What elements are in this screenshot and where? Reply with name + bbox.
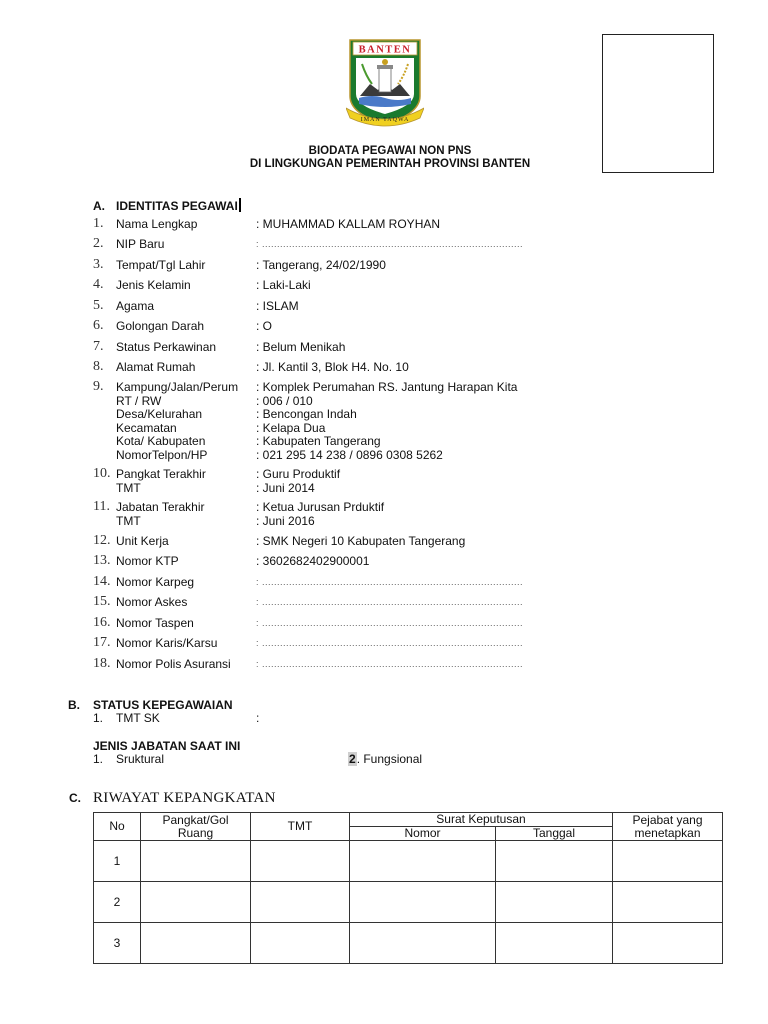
row-labels: Nomor Taspen <box>116 617 194 631</box>
option2-number-highlighted: 2 <box>348 752 357 766</box>
header-surat-keputusan: Surat Keputusan <box>350 813 613 827</box>
field-value[interactable]: : SMK Negeri 10 Kabupaten Tangerang <box>256 535 465 549</box>
row-values: : ......................................… <box>256 596 523 610</box>
option1-number: 1. <box>93 752 116 766</box>
row-labels: Alamat Rumah <box>116 361 195 375</box>
cell-pangkat[interactable] <box>141 882 251 923</box>
field-value[interactable]: : ......................................… <box>256 658 523 672</box>
field-label: Kecamatan <box>116 422 238 436</box>
svg-text:BANTEN: BANTEN <box>359 45 412 56</box>
row-number: 5. <box>93 299 118 313</box>
field-value[interactable]: : ......................................… <box>256 238 523 252</box>
row-values: : ......................................… <box>256 238 523 252</box>
cell-no: 2 <box>94 882 141 923</box>
field-value[interactable]: : O <box>256 320 272 334</box>
field-label: Desa/Kelurahan <box>116 408 238 422</box>
field-label: Nomor Karpeg <box>116 576 194 590</box>
field-value[interactable]: : Komplek Perumahan RS. Jantung Harapan … <box>256 381 517 395</box>
cell-no: 3 <box>94 923 141 964</box>
row-labels: Pangkat TerakhirTMT <box>116 468 206 495</box>
field-label: Jabatan Terakhir <box>116 501 205 515</box>
field-value[interactable]: : Tangerang, 24/02/1990 <box>256 259 386 273</box>
table-row: 3 <box>94 923 723 964</box>
row-values: : ......................................… <box>256 576 523 590</box>
section-b-letter: B. <box>68 698 93 712</box>
row-number: 9. <box>93 380 118 394</box>
header-pejabat: Pejabat yang menetapkan <box>613 813 723 841</box>
jenis-jabatan-heading: JENIS JABATAN SAAT INI <box>93 739 240 753</box>
row-number: 13. <box>93 554 118 568</box>
svg-text:IMAN TAQWA: IMAN TAQWA <box>361 117 410 123</box>
row-values: : MUHAMMAD KALLAM ROYHAN <box>256 218 440 232</box>
field-value[interactable]: : Jl. Kantil 3, Blok H4. No. 10 <box>256 361 409 375</box>
row-values: : Komplek Perumahan RS. Jantung Harapan … <box>256 381 517 462</box>
field-label: NIP Baru <box>116 238 164 252</box>
row-number: 8. <box>93 360 118 374</box>
row-values: : Ketua Jurusan Prduktif: Juni 2016 <box>256 501 384 528</box>
section-a-heading: A.IDENTITAS PEGAWAI <box>93 198 241 213</box>
field-value[interactable]: : Juni 2016 <box>256 515 384 529</box>
row-labels: Nomor KTP <box>116 555 179 569</box>
field-value[interactable]: : 006 / 010 <box>256 395 517 409</box>
row-labels: Jenis Kelamin <box>116 279 191 293</box>
cell-pejabat[interactable] <box>613 923 723 964</box>
row-number: 14. <box>93 575 118 589</box>
table-row: 1 <box>94 841 723 882</box>
document-title: BIODATA PEGAWAI NON PNS <box>0 145 768 157</box>
riwayat-kepangkatan-table: No Pangkat/Gol Ruang TMT Surat Keputusan… <box>93 812 723 964</box>
option1-label: Sruktural <box>116 752 164 766</box>
row-values: : ......................................… <box>256 617 523 631</box>
row-values: : ISLAM <box>256 300 299 314</box>
field-label: Nomor Polis Asuransi <box>116 658 231 672</box>
field-value[interactable]: : ISLAM <box>256 300 299 314</box>
row-number: 1. <box>93 217 118 231</box>
row-labels: Jabatan TerakhirTMT <box>116 501 205 528</box>
field-value[interactable]: : Ketua Jurusan Prduktif <box>256 501 384 515</box>
tmt-sk-number: 1. <box>93 711 116 725</box>
row-values: : SMK Negeri 10 Kabupaten Tangerang <box>256 535 465 549</box>
row-values: : Guru Produktif: Juni 2014 <box>256 468 340 495</box>
row-number: 16. <box>93 616 118 630</box>
row-values: : O <box>256 320 272 334</box>
section-b-title: STATUS KEPEGAWAIAN <box>93 698 233 712</box>
row-values: : Jl. Kantil 3, Blok H4. No. 10 <box>256 361 409 375</box>
field-value[interactable]: : Juni 2014 <box>256 482 340 496</box>
field-value[interactable]: : ......................................… <box>256 637 523 651</box>
tmt-sk-value[interactable]: : <box>256 711 259 725</box>
header-tmt: TMT <box>251 813 350 841</box>
field-value[interactable]: : Guru Produktif <box>256 468 340 482</box>
row-number: 10. <box>93 467 118 481</box>
row-values: : ......................................… <box>256 637 523 651</box>
row-labels: Agama <box>116 300 154 314</box>
row-values: : Laki-Laki <box>256 279 311 293</box>
field-value[interactable]: : 021 295 14 238 / 0896 0308 5262 <box>256 449 517 463</box>
field-label: Agama <box>116 300 154 314</box>
row-values: : Tangerang, 24/02/1990 <box>256 259 386 273</box>
row-number: 15. <box>93 595 118 609</box>
row-values: : Belum Menikah <box>256 341 345 355</box>
table-row: 2 <box>94 882 723 923</box>
cell-tmt[interactable] <box>251 841 350 882</box>
row-values: : 3602682402900001 <box>256 555 369 569</box>
field-value[interactable]: : Belum Menikah <box>256 341 345 355</box>
section-a-title: IDENTITAS PEGAWAI <box>116 199 238 213</box>
text-cursor <box>239 198 241 212</box>
option2-label: . Fungsional <box>357 752 422 766</box>
field-label: Tempat/Tgl Lahir <box>116 259 205 273</box>
tmt-sk-label: TMT SK <box>116 711 160 725</box>
row-labels: Nama Lengkap <box>116 218 197 232</box>
header-tanggal: Tanggal <box>496 827 613 841</box>
section-a-letter: A. <box>93 199 116 213</box>
field-label: Kota/ Kabupaten <box>116 435 238 449</box>
field-value[interactable]: : Kabupaten Tangerang <box>256 435 517 449</box>
field-label: NomorTelpon/HP <box>116 449 238 463</box>
banten-emblem-icon: BANTEN IMAN TAQWA <box>346 38 424 130</box>
row-values: : ......................................… <box>256 658 523 672</box>
row-number: 18. <box>93 657 118 671</box>
row-number: 7. <box>93 340 118 354</box>
row-labels: Unit Kerja <box>116 535 169 549</box>
section-b-heading: B.STATUS KEPEGAWAIAN <box>68 698 233 712</box>
field-label: Nomor KTP <box>116 555 179 569</box>
field-value[interactable]: : Laki-Laki <box>256 279 311 293</box>
field-value[interactable]: : 3602682402900001 <box>256 555 369 569</box>
field-value[interactable]: : Kelapa Dua <box>256 422 517 436</box>
header-pangkat: Pangkat/Gol Ruang <box>141 813 251 841</box>
cell-pangkat[interactable] <box>141 923 251 964</box>
field-label: Nama Lengkap <box>116 218 197 232</box>
row-labels: Nomor Karpeg <box>116 576 194 590</box>
field-label: Pangkat Terakhir <box>116 468 206 482</box>
field-value[interactable]: : ......................................… <box>256 596 523 610</box>
field-label: Unit Kerja <box>116 535 169 549</box>
field-value[interactable]: : MUHAMMAD KALLAM ROYHAN <box>256 218 440 232</box>
cell-nomor[interactable] <box>350 841 496 882</box>
field-label: Jenis Kelamin <box>116 279 191 293</box>
row-labels: Nomor Karis/Karsu <box>116 637 217 651</box>
row-labels: Nomor Askes <box>116 596 187 610</box>
cell-tmt[interactable] <box>251 882 350 923</box>
field-label: Status Perkawinan <box>116 341 216 355</box>
row-number: 11. <box>93 500 118 514</box>
field-label: Nomor Askes <box>116 596 187 610</box>
row-labels: NIP Baru <box>116 238 164 252</box>
cell-nomor[interactable] <box>350 882 496 923</box>
row-number: 3. <box>93 258 118 272</box>
cell-nomor[interactable] <box>350 923 496 964</box>
row-number: 12. <box>93 534 118 548</box>
row-labels: Kampung/Jalan/PerumRT / RWDesa/Kelurahan… <box>116 381 238 462</box>
cell-tanggal[interactable] <box>496 841 613 882</box>
cell-tanggal[interactable] <box>496 882 613 923</box>
cell-tanggal[interactable] <box>496 923 613 964</box>
field-label: TMT <box>116 515 205 529</box>
header-nomor: Nomor <box>350 827 496 841</box>
field-label: Alamat Rumah <box>116 361 195 375</box>
field-value[interactable]: : ......................................… <box>256 576 523 590</box>
cell-pejabat[interactable] <box>613 882 723 923</box>
jabatan-option-struktural[interactable]: 1.Sruktural <box>93 752 164 766</box>
document-subtitle: DI LINGKUNGAN PEMERINTAH PROVINSI BANTEN <box>0 158 768 170</box>
section-c-title: RIWAYAT KEPANGKATAN <box>93 790 276 806</box>
section-c-heading: C.RIWAYAT KEPANGKATAN <box>69 790 276 807</box>
cell-pangkat[interactable] <box>141 841 251 882</box>
tmt-sk-row: 1.TMT SK <box>93 711 160 725</box>
field-label: Golongan Darah <box>116 320 204 334</box>
field-label: Kampung/Jalan/Perum <box>116 381 238 395</box>
field-label: Nomor Karis/Karsu <box>116 637 217 651</box>
cell-no: 1 <box>94 841 141 882</box>
cell-pejabat[interactable] <box>613 841 723 882</box>
row-labels: Status Perkawinan <box>116 341 216 355</box>
field-label: RT / RW <box>116 395 238 409</box>
cell-tmt[interactable] <box>251 923 350 964</box>
banten-emblem-logo: BANTEN IMAN TAQWA <box>346 38 424 130</box>
row-labels: Nomor Polis Asuransi <box>116 658 231 672</box>
row-number: 6. <box>93 319 118 333</box>
row-labels: Golongan Darah <box>116 320 204 334</box>
row-number: 2. <box>93 237 118 251</box>
field-label: TMT <box>116 482 206 496</box>
row-number: 4. <box>93 278 118 292</box>
field-label: Nomor Taspen <box>116 617 194 631</box>
field-value[interactable]: : ......................................… <box>256 617 523 631</box>
field-value[interactable]: : Bencongan Indah <box>256 408 517 422</box>
row-labels: Tempat/Tgl Lahir <box>116 259 205 273</box>
jabatan-option-fungsional[interactable]: 2. Fungsional <box>348 752 422 766</box>
section-c-letter: C. <box>69 791 93 805</box>
row-number: 17. <box>93 636 118 650</box>
header-no: No <box>94 813 141 841</box>
